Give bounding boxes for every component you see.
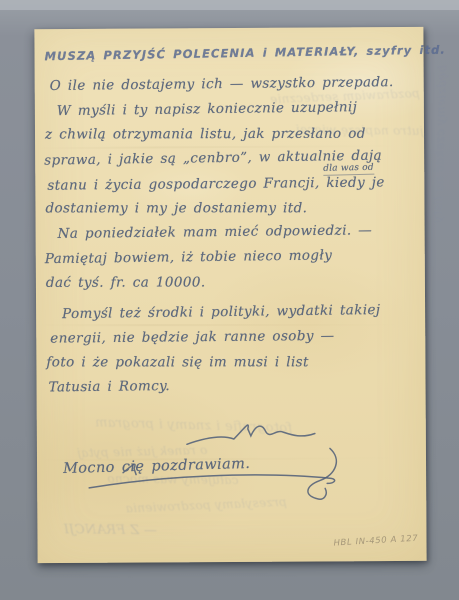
bleed-through-text: fotografie i znamy i program [95,415,293,436]
letter-line: energii, nie będzie jak ranne osoby — [50,328,334,347]
bleed-through-text: — Z FRANCJI [63,522,157,538]
paper-crease [36,324,425,326]
scanner-edge-strip [0,0,459,10]
letter-paper: pozdrawiam serdecznie jutro napiszę więc… [34,27,426,563]
letter-line: z chwilą otrzymania listu, jak przesłano… [45,126,366,143]
letter-line: dać tyś. fr. ca 10000. [46,274,206,290]
letter-line: dostaniemy i my je dostaniemy itd. [45,200,307,216]
letter-line: W myśli i ty napisz koniecznie uzupełnij [57,99,358,119]
letter-line: foto i że pokazali się im musi i list [46,354,308,370]
letter-line: Pomyśl też środki i polityki, wydatki ta… [62,302,381,322]
letter-line: stanu i życia gospodarczego Francji, kie… [47,174,385,193]
letter-line: Pamiętaj bowiem, iż tobie nieco mogły [45,247,333,267]
letter-line: Tatusia i Romcy. [48,378,170,395]
bleed-through-text: będziemy czekać na listy [431,65,450,223]
letter-heading: MUSZĄ PRZYJŚĆ POLECENIA i MATERIAŁY, szy… [44,43,446,64]
archival-reference: HBL IN-450 A 127 [333,534,418,549]
bleed-through-text: przesyłamy pozdrowienia [125,495,287,516]
scanned-letter-page: pozdrawiam serdecznie jutro napiszę więc… [0,0,459,600]
letter-line: Na poniedziałek mam mieć odpowiedzi. — [58,222,373,242]
